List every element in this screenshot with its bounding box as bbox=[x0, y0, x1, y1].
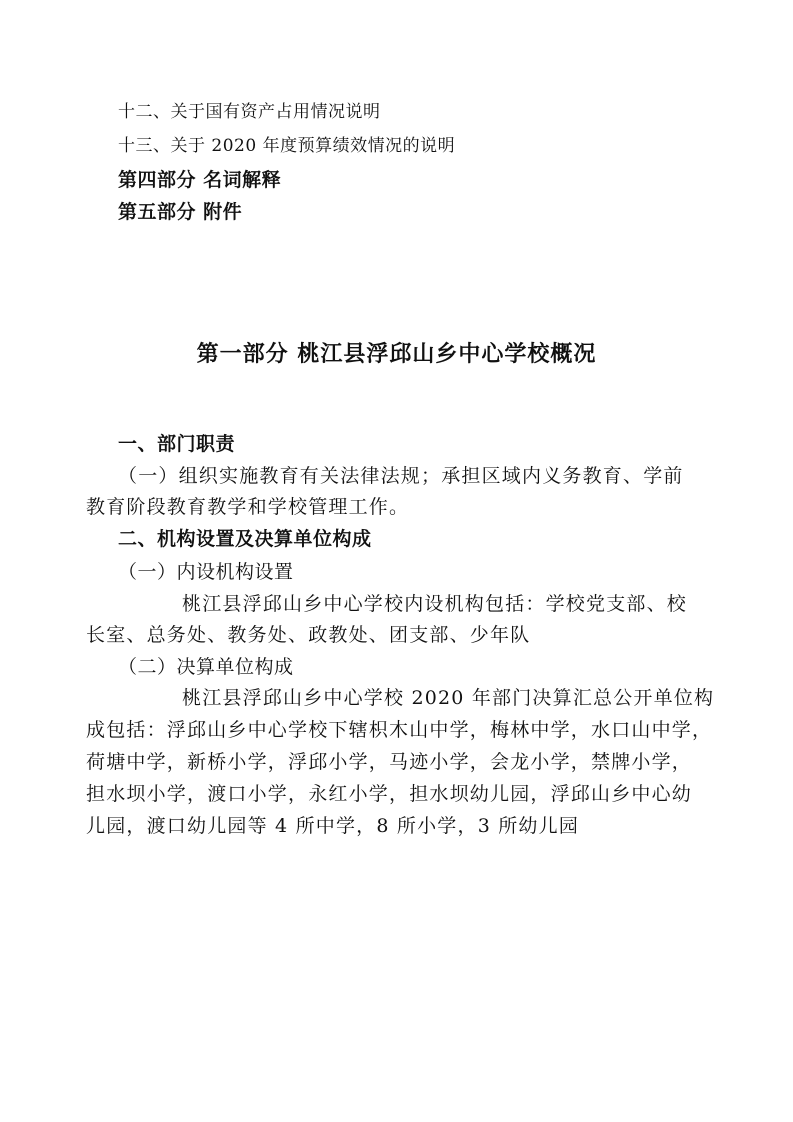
part-one-title: 第一部分 桃江县浮邱山乡中心学校概况 bbox=[0, 342, 793, 366]
budget-units-line-5: 儿园，渡口幼儿园等 4 所中学，8 所小学，3 所幼儿园 bbox=[86, 814, 579, 838]
sub-heading-budget-units: （二）决算单位构成 bbox=[118, 655, 294, 679]
sub-heading-internal-structure: （一）内设机构设置 bbox=[118, 560, 294, 584]
budget-units-line-4: 担水坝小学，渡口小学，永红小学，担水坝幼儿园，浮邱山乡中心幼 bbox=[86, 782, 692, 806]
toc-item-13: 十三、关于 2020 年度预算绩效情况的说明 bbox=[118, 134, 455, 158]
section-heading-responsibilities: 一、部门职责 bbox=[118, 432, 235, 456]
budget-units-line-1: 桃江县浮邱山乡中心学校 2020 年部门决算汇总公开单位构 bbox=[182, 686, 714, 710]
responsibilities-line-2: 教育阶段教育教学和学校管理工作。 bbox=[86, 495, 409, 519]
budget-units-line-2: 成包括：浮邱山乡中心学校下辖枳木山中学，梅林中学，水口山中学， bbox=[86, 718, 712, 742]
internal-structure-line-1: 桃江县浮邱山乡中心学校内设机构包括：学校党支部、校 bbox=[182, 592, 687, 616]
toc-part-5: 第五部分 附件 bbox=[118, 200, 242, 224]
toc-part-4: 第四部分 名词解释 bbox=[118, 168, 281, 192]
section-heading-organization: 二、机构设置及决算单位构成 bbox=[118, 527, 372, 551]
toc-item-12: 十二、关于国有资产占用情况说明 bbox=[118, 100, 381, 124]
internal-structure-line-2: 长室、总务处、教务处、政教处、团支部、少年队 bbox=[86, 623, 530, 647]
budget-units-line-3: 荷塘中学，新桥小学，浮邱小学，马迹小学，会龙小学，禁牌小学， bbox=[86, 750, 692, 774]
responsibilities-line-1: （一）组织实施教育有关法律法规；承担区域内义务教育、学前 bbox=[118, 464, 684, 488]
